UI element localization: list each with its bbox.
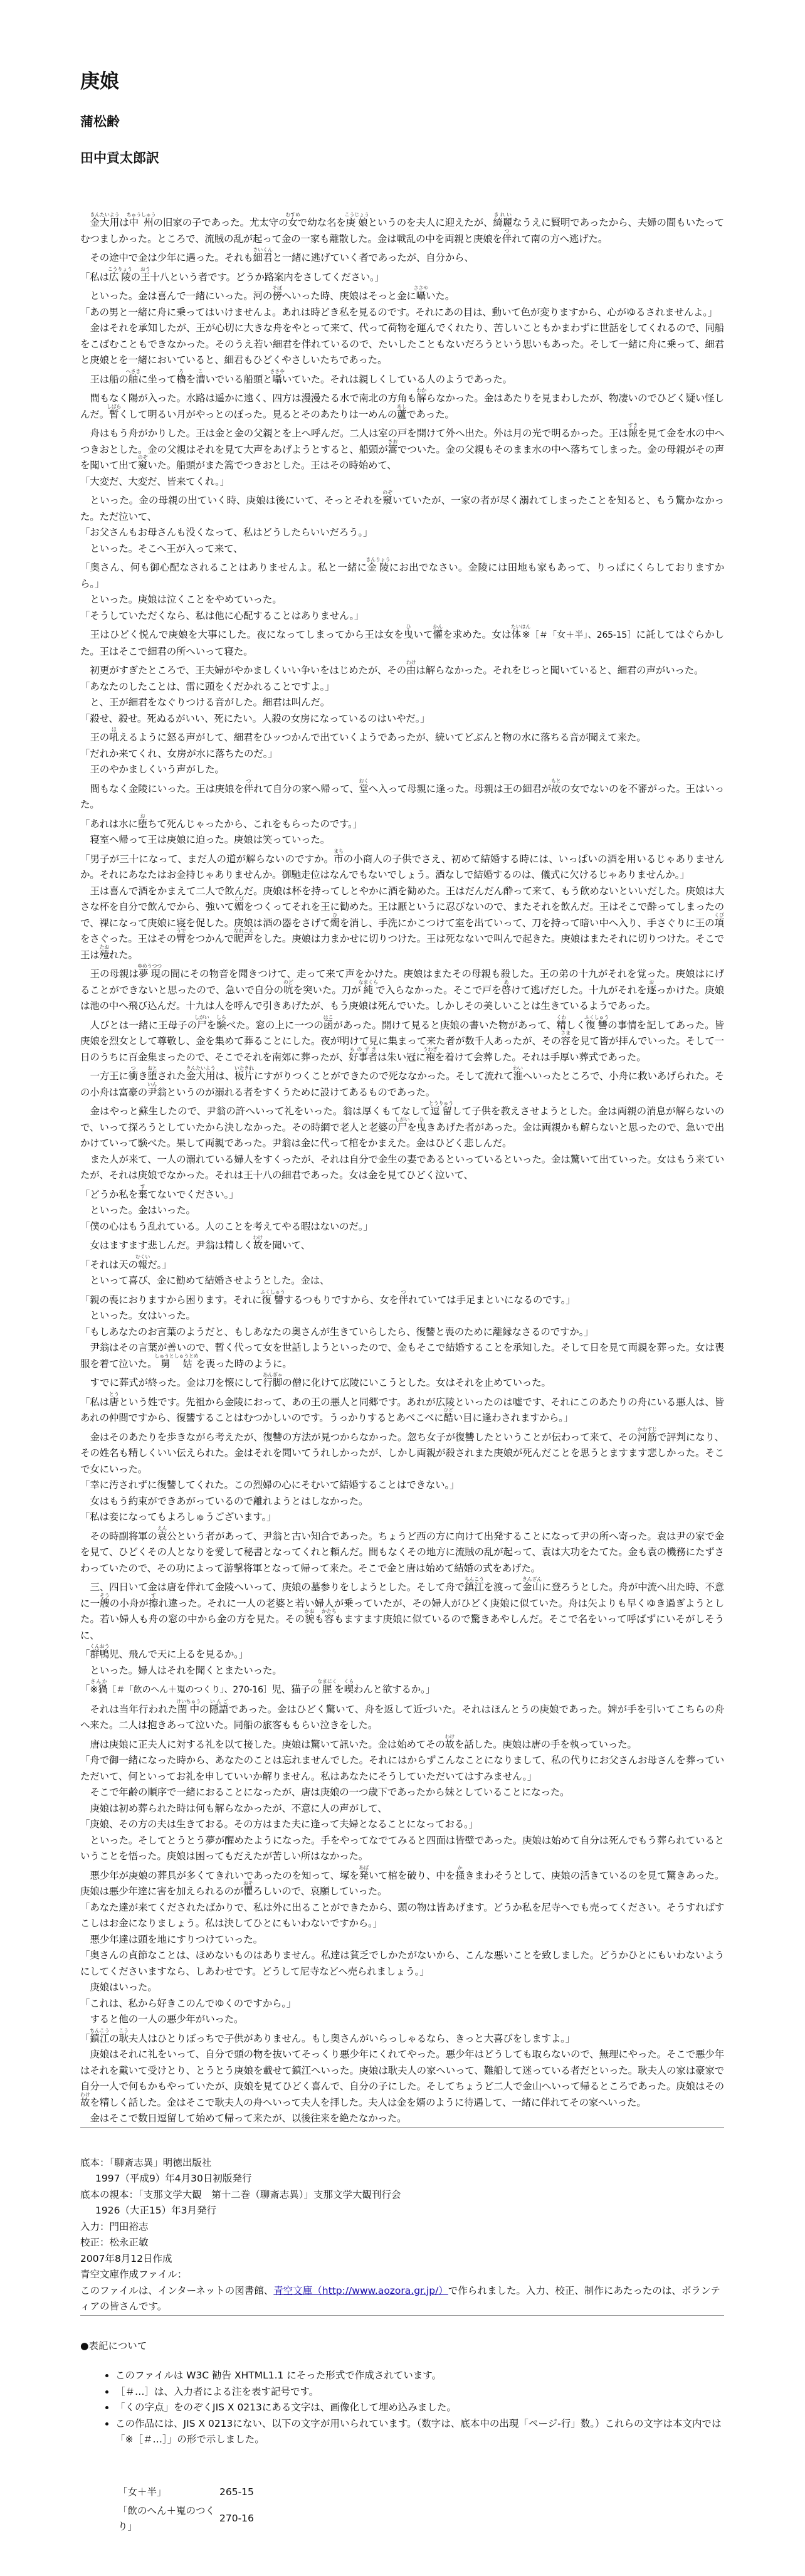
notation-heading: ●表記について: [80, 2338, 724, 2355]
ruby-word: 衝つ: [129, 1070, 138, 1082]
gaiji-char: 「飲のへん＋嵬のつくり」: [118, 2502, 219, 2536]
ruby-word: 庚娘こうじょう: [346, 217, 368, 228]
gaiji-location: 265-15: [219, 2483, 254, 2502]
paragraph: すでに葬式が終った。金は刀を懐にして行脚あんぎゃの僧に化けて広陵にいこうとした。…: [80, 1372, 724, 1391]
bibliographical-lines: 底本：「聊斎志異」明徳出版社1997（平成9）年4月30日初版発行底本の親本：「…: [80, 2155, 724, 2283]
notation-list: このファイルは W3C 勧告 XHTML1.1 にそった形式で作成されています。…: [80, 2368, 724, 2448]
notation-item: ［＃…］は、入力者による注を表す記号です。: [115, 2384, 724, 2400]
ruby-word: 好事者ものずき: [349, 1052, 377, 1063]
ruby-word: 由わけ: [406, 665, 416, 676]
ruby-word: 漕こ: [196, 374, 205, 385]
ruby-word: 群鴨くんおう: [90, 1649, 109, 1660]
paragraph: 王の吼ほえるように怒る声がして、細君をひッつかんで出ていくようであったが、続いて…: [80, 727, 724, 746]
ruby-word: 故わけ: [445, 1739, 455, 1750]
paragraph: 「それは天の報むくいだ。」: [80, 1254, 724, 1274]
ruby-word: 逐お: [647, 984, 656, 996]
ruby-word: 伴つ: [244, 783, 253, 794]
ruby-word: 容さま: [560, 1035, 570, 1047]
paragraph: その途中で金は少年に遇った。それも細君さいくんと一緒に逃げていく者であったが、自…: [80, 247, 724, 267]
ruby-word: 験しら: [216, 1020, 226, 1031]
ruby-word: 囁ささや: [272, 374, 281, 385]
ruby-word: 金大用きんたいよう: [186, 1070, 216, 1082]
ruby-word: 発あば: [359, 1870, 369, 1881]
paragraph: 金はそこで数日逗留して始めて帰って来たが、以後往来を絶たなかった。: [80, 2111, 724, 2127]
gaiji-row: 「女＋半」265-15: [118, 2483, 254, 2502]
divider: [80, 2127, 724, 2128]
notation-item: この作品には、JIS X 0213にない、以下の文字が用いられています。（数字は…: [115, 2416, 724, 2448]
ruby-word: 酷ひど: [444, 1412, 453, 1423]
paragraph: 寝室へ帰って王は庚娘に迫った。庚娘は笑っていった。: [80, 832, 724, 848]
ruby-word: 隙すき: [628, 428, 638, 439]
gaiji-location: 270-16: [219, 2502, 254, 2536]
bibliographical-line: 底本：「聊斎志異」明徳出版社: [80, 2155, 724, 2172]
paragraph: といった。金の母親の出ていく時、庚娘は後にいて、そっとそれを窺のぞいていたが、一…: [80, 490, 724, 525]
translator-name: 田中貢太郎訳: [80, 149, 724, 167]
notation-item: このファイルは W3C 勧告 XHTML1.1 にそった形式で作成されています。: [115, 2368, 724, 2384]
bibliographical-line: 入力：門田裕志: [80, 2219, 724, 2236]
paragraph: 尹翁はその言葉が善いので、暫く代って女を世話しようといったので、金もそこで結婚す…: [80, 1340, 724, 1372]
ruby-word: 堕お: [138, 818, 147, 830]
aozora-link[interactable]: 青空文庫（http://www.aozora.gr.jp/）: [273, 2285, 448, 2296]
paragraph: 「舟で御一緒になった時から、あなたのことは忘れませんでした。それにはからずこんな…: [80, 1753, 724, 1785]
ruby-word: 媚こび: [234, 901, 243, 912]
paragraph: また人が来て、一人の溺れている婦人をすくったが、それは自分で金生の妻であるといっ…: [80, 1152, 724, 1184]
ruby-word: 尸しがい: [197, 1020, 206, 1031]
paragraph: 「あの男と一緒に舟に乗ってはいけませんよ。あれは時どき私を見るのです。それにあの…: [80, 305, 724, 321]
paragraph: と、王が細君をなぐりつける音がした。細君は叫んだ。: [80, 695, 724, 711]
paragraph: 舟はもう舟がかりした。王は金と金の父親とを上へ呼んだ。二人は室の戸を開けて外へ出…: [80, 423, 724, 474]
paragraph: 「もしあなたのお言葉のようだと、もしあなたの奥さんが生きていらしたら、復讐と喪の…: [80, 1324, 724, 1341]
ruby-word: 鎮江ちんこう: [465, 1581, 484, 1593]
ruby-word: 伴つ: [502, 233, 512, 245]
paragraph: 金大用きんたいようは中州ちゅうしゅうの旧家の子であった。尤太守の女むすめで幼な名…: [80, 212, 724, 247]
credit-text-before: このファイルは、インターネットの図書館、: [80, 2285, 273, 2296]
paragraph: 王のやかましくいう声がした。: [80, 762, 724, 778]
ruby-word: 故わけ: [253, 1240, 263, 1251]
paragraph: 「だれか来てくれ、女房が水に落ちたのだ。」: [80, 746, 724, 763]
paragraph: といった。庚娘は泣くことをやめていった。: [80, 592, 724, 608]
ruby-word: 細君さいくん: [253, 252, 273, 263]
ruby-word: 閨中けいちゅう: [177, 1704, 199, 1715]
notation-notes: ●表記について このファイルは W3C 勧告 XHTML1.1 にそった形式で作…: [80, 2338, 724, 2536]
ruby-word: 貌かお: [305, 1613, 314, 1625]
ruby-word: 鎮江ちんこう: [90, 2033, 109, 2044]
paragraph: 間もなく陽が入った。水路は遥かに遠く、四方は漫漫たる水で南北の方角も解わからなか…: [80, 388, 724, 423]
page: 庚娘 蒲松齢 田中貢太郎訳 金大用きんたいようは中州ちゅうしゅうの旧家の子であっ…: [0, 0, 805, 2562]
bibliographical-line: 1997（平成9）年4月30日初版発行: [80, 2171, 724, 2187]
ruby-word: 故もと: [551, 783, 560, 794]
ruby-word: 蘆あし: [397, 409, 406, 420]
divider: [80, 2315, 724, 2316]
bibliographical-line: 底本の親本：「支那文学大観 第十二巻（聊斎志異）」支那文学大観刊行会: [80, 2187, 724, 2204]
ruby-word: 櫓ろ: [176, 374, 186, 385]
gaiji-row: 「飲のへん＋嵬のつくり」270-16: [118, 2502, 254, 2536]
paragraph: 女はもう約束ができあがっているので離れようとはしなかった。: [80, 1494, 724, 1510]
ruby-word: 窺のぞ: [382, 495, 392, 506]
paragraph: 「大変だ、大変だ、皆来てくれ。」: [80, 474, 724, 490]
paragraph: 「僕の心はもう乱れている。人のことを考えてやる暇はないのだ。」: [80, 1219, 724, 1235]
paragraph: 「鎮江ちんこうの耿こう夫人はひとりぼっちで子供がありません。もし奥さんがいらっし…: [80, 2028, 724, 2047]
paragraph: 人びとは一緒に王母子の尸しがいを験しらべた。窓の上に一つの函はこがあった。開けて…: [80, 1015, 724, 1066]
ruby-word: 伴つ: [399, 1294, 408, 1306]
gaiji-annotation: ［＃「飲のへん＋嵬のつくり」、270-16］: [107, 1685, 271, 1695]
paragraph: 「あれは水に堕おちて死んじゃったから、これをもらったのです。」: [80, 813, 724, 833]
ruby-word: 王おう: [140, 272, 150, 283]
ruby-word: 板片いたきれ: [234, 1070, 254, 1082]
paragraph: 王は喜んで酒をかまえて二人で飲んだ。庚娘は杯を持ってしとやかに酒を勧めた。王はだ…: [80, 884, 724, 964]
paragraph: 金はやっと蘇生したので、尹翁の許へいって礼をいった。翁は厚くもてなして逗留とうり…: [80, 1101, 724, 1152]
ruby-word: 河筋かわすじ: [638, 1432, 657, 1443]
paragraph: 悪少年達は頭を地にすりつけていった。: [80, 1932, 724, 1948]
paragraph: 「そうしていただくなら、私は他に心配することはありません。」: [80, 608, 724, 625]
ruby-word: 堂おく: [359, 783, 368, 794]
paragraph: 「お父さんもお母さんも没くなって、私はどうしたらいいだろう。」: [80, 525, 724, 541]
paragraph: 「殺せ、殺せ。死ぬるがいい、死にたい。人殺の女房になっているのはいやだ。」: [80, 711, 724, 727]
ruby-word: 純なまくら: [361, 984, 376, 996]
ruby-word: 隠語いんご: [209, 1704, 229, 1715]
paragraph: 三、四日いて金は唐を伴れて金陵へいって、庚娘の墓参りをしようとした。そして舟で鎮…: [80, 1576, 724, 1644]
paragraph: 「男子が三十になって、まだ人の道が解らないのですか。市まちの小商人の子供でさえ、…: [80, 848, 724, 884]
gaiji-annotation: ［＃「女＋半」、265-15］: [530, 630, 636, 640]
paragraph: 庚娘はそれに礼をいって、自分で頭の物を抜いてそっくり悪少年にくれてやった。悪少年…: [80, 2047, 724, 2111]
paragraph: 「奥さん、何も御心配なされることはありませんよ。私と一緒に金陵きんりょうにお出で…: [80, 557, 724, 592]
ruby-word: 袁えん: [157, 1531, 167, 1542]
ruby-word: 金陵きんりょう: [367, 562, 389, 573]
ruby-word: 喫くら: [344, 1684, 354, 1695]
credit-paragraph: このファイルは、インターネットの図書館、青空文庫（http://www.aozo…: [80, 2283, 724, 2315]
bibliographical-line: 2007年8月12日作成: [80, 2251, 724, 2267]
paragraph: といった。金はいった。: [80, 1203, 724, 1219]
ruby-word: 金山きんざん: [522, 1581, 542, 1593]
paragraph: 唐は庚娘に正夫人に対する礼を以て接した。庚娘は驚いて訊いた。金は始めてその故わけ…: [80, 1734, 724, 1753]
paragraph: といった。そしてとうとう夢が醒めたようになった。手をやってなでてみると四面は皆壁…: [80, 1833, 724, 1865]
paragraph: 庚娘はいった。: [80, 1980, 724, 1996]
paragraph: 間もなく金陵にいった。王は庚娘を伴つれて自分の家へ帰って、堂おくへ入って母親に逢…: [80, 778, 724, 813]
ruby-word: 女むすめ: [288, 217, 297, 228]
ruby-word: 夢現ゆめうつつ: [139, 968, 160, 979]
ruby-word: 報むくい: [138, 1259, 147, 1270]
paragraph: といった。そこへ王が入って来て、: [80, 541, 724, 557]
paragraph: 王は船の舳へさきに坐って櫓ろを漕こいでいる船頭と囁ささやいていた。それは親しくし…: [80, 369, 724, 388]
ruby-word: 市まち: [334, 853, 343, 865]
paragraph: 「私は妾になってもよろしゅうございます。」: [80, 1509, 724, 1526]
ruby-word: 掻か: [455, 1870, 465, 1881]
ruby-word: 容かたち: [324, 1613, 334, 1625]
paragraph: 「私は唐とうという姓です。先祖から金陵におって、あの王の悪人と同郷です。あれが広…: [80, 1391, 724, 1427]
ruby-word: 吭のど: [283, 984, 293, 996]
bibliographical-line: 青空文庫作成ファイル：: [80, 2267, 724, 2283]
ruby-word: 殪たお: [100, 949, 109, 961]
ruby-word: 耿こう: [119, 2033, 129, 2044]
paragraph: 初更がすぎたところで、王夫婦がやかましくいい争いをはじめたが、その由わけは解らな…: [80, 660, 724, 679]
ruby-word: 啓あ: [502, 984, 511, 996]
paragraph: といった。金は喜んで一緒にいった。河の傍そばへいった時、庚娘はそっと金に囁ささや…: [80, 285, 724, 305]
ruby-word: 袍うわぎ: [426, 1052, 435, 1063]
paragraph: 「幸に汚されずに復讐してくれた。この烈婦の心にそむいて結婚することはできない。」: [80, 1477, 724, 1494]
main-text: 金大用きんたいようは中州ちゅうしゅうの旧家の子であった。尤太守の女むすめで幼な名…: [80, 212, 724, 2127]
ruby-word: 綺麗きれい: [493, 217, 512, 228]
paragraph: その時副将軍の袁えん公という者があって、尹翁と古い知合であった。ちょうど西の方に…: [80, 1526, 724, 1577]
ruby-word: 復讐ふくしゅう: [261, 1294, 283, 1306]
paragraph: 「群鴨くんおう児、飛んで天に上るを見るか。」: [80, 1644, 724, 1663]
ruby-word: 臂うで: [176, 933, 186, 944]
ruby-word: 中州ちゅうしゅう: [129, 217, 154, 228]
ruby-word: 尸しがい: [397, 1122, 407, 1133]
paragraph: 「どうか私を棄すてないでください。」: [80, 1184, 724, 1203]
paragraph: 「私は広陵こうりょうの王おう十八という者です。どうか路案内をさしてください。」: [80, 267, 724, 286]
paragraph: 王の母親は夢現ゆめうつつの間にその物音を聞きつけて、走って来て声をかけた。庚娘は…: [80, 963, 724, 1015]
ruby-word: 燭ひ: [330, 917, 339, 929]
ruby-word: 昵声なれごえ: [234, 933, 253, 944]
ruby-word: 尹いん: [147, 1087, 157, 1098]
paragraph: 「※猧さんか［＃「飲のへん＋嵬のつくり」、270-16］児、猫子の腥なまにくを喫…: [80, 1679, 724, 1699]
ruby-word: 舅姑しゅうとしゅうとめ: [157, 1358, 196, 1370]
paragraph: 「あなたのしたことは、雷に頭をくだかれることですよ。」: [80, 679, 724, 695]
paragraph: 女はますます悲しんだ。尹翁は精しく故わけを聞いて、: [80, 1235, 724, 1254]
ruby-word: 項くび: [714, 917, 723, 929]
ruby-word: 堕おと: [147, 1070, 157, 1082]
ruby-word: 暫しばら: [109, 409, 118, 420]
ruby-word: 懼おそ: [243, 1886, 253, 1897]
bibliographical-line: 校正：松永正敏: [80, 2235, 724, 2251]
paragraph: 金はそのあたりを歩きながら考えたが、復讐の方法が見つからなかった。忽ち女子が復讐…: [80, 1427, 724, 1478]
ruby-word: 棄す: [138, 1189, 147, 1200]
paragraph: 悪少年が庚娘の葬具が多くてきれいであったのを知って、塚を発あばいて棺を破り、中を…: [80, 1865, 724, 1900]
ruby-word: 曳ひ: [417, 1122, 426, 1133]
ruby-word: 懽かん: [433, 629, 443, 640]
ruby-word: 金大用きんたいよう: [90, 217, 120, 228]
ruby-word: 腥なまにく: [320, 1684, 334, 1695]
ruby-word: 函はこ: [324, 1020, 333, 1031]
ruby-word: 行脚あんぎゃ: [263, 1377, 282, 1388]
paragraph: 「これは、私から好きこのんでゆくのですから。」: [80, 1996, 724, 2012]
ruby-word: 復讐ふくしゅう: [586, 1020, 608, 1031]
ruby-word: 舳へさき: [129, 374, 138, 385]
paragraph: 金はそれを承知したが、王が心切に大きな舟をやとって来て、代って荷物を運んでくれた…: [80, 320, 724, 369]
ruby-word: 篙さお: [388, 444, 397, 455]
paragraph: といった。女はいった。: [80, 1308, 724, 1324]
paragraph: すると他の一人の悪少年がいった。: [80, 2012, 724, 2028]
document-title: 庚娘: [80, 69, 724, 94]
ruby-word: 傍そば: [272, 290, 281, 302]
paragraph: といって喜び、金に勧めて結婚させようとした。金は、: [80, 1273, 724, 1289]
ruby-word: 囁ささや: [416, 290, 426, 302]
ruby-word: 吼ほ: [109, 732, 118, 743]
ruby-word: ※猧さんか: [90, 1684, 107, 1695]
ruby-word: 擦す: [149, 1598, 159, 1609]
paragraph: それは当年行われた閨中けいちゅうの隠語いんごであった。金はひどく驚いて、舟を返し…: [80, 1699, 724, 1734]
paragraph: 庚娘は初め葬られた時は何も解らなかったが、不意に人の声がして、: [80, 1801, 724, 1817]
bibliographical-information: 底本：「聊斎志異」明徳出版社1997（平成9）年4月30日初版発行底本の親本：「…: [80, 2155, 724, 2315]
notation-item: 「くの字点」をのぞくJIS X 0213にある文字は、画像化して埋め込みました。: [115, 2400, 724, 2416]
ruby-word: 精くわ: [557, 1020, 566, 1031]
ruby-word: 淮わい: [513, 1070, 522, 1082]
paragraph: 一方王に衝つき堕おとされた金大用きんたいようは、板片いたきれにすがりつくことがで…: [80, 1065, 724, 1101]
ruby-word: 曳ひ: [404, 629, 414, 640]
author-name: 蒲松齢: [80, 113, 724, 130]
paragraph: 「親の喪におりますから困ります。それに復讐ふくしゅうするつもりですから、女を伴つ…: [80, 1289, 724, 1309]
ruby-word: 逗留とうりゅう: [430, 1106, 452, 1117]
paragraph: といった。婦人はそれを聞くとまたいった。: [80, 1663, 724, 1679]
ruby-word: 故わけ: [80, 2097, 90, 2108]
gaiji-table: 「女＋半」265-15「飲のへん＋嵬のつくり」270-16: [118, 2483, 254, 2536]
paragraph: 「奥さんの貞節なことは、ほめないものはありません。私達は貧乏でしかたがないから、…: [80, 1948, 724, 1980]
paragraph: そこで年齢の順序で一緒におることになったが、唐は庚娘の一つ歳下であったから妹とし…: [80, 1785, 724, 1801]
ruby-word: 広陵こうりょう: [109, 272, 131, 283]
paragraph: 「あなた達が来てくだされたばかりで、私は外に出ることができたから、頭の物は皆あげ…: [80, 1900, 724, 1932]
ruby-word: 艘そう: [100, 1598, 109, 1609]
ruby-word: 体※たいはん: [512, 629, 530, 640]
ruby-word: 唐とう: [109, 1396, 118, 1408]
bibliographical-line: 1926（大正15）年3月発行: [80, 2203, 724, 2219]
ruby-word: 解わか: [416, 393, 426, 404]
ruby-word: 窺のぞ: [138, 460, 147, 471]
paragraph: 「庚娘、その方の夫は生きておる。その方はまた夫に逢って夫婦となることになっておる…: [80, 1817, 724, 1833]
paragraph: 王はひどく悦んで庚娘を大事にした。夜になってしまってから王は女を曳ひいて懽かんを…: [80, 624, 724, 660]
gaiji-char: 「女＋半」: [118, 2483, 219, 2502]
